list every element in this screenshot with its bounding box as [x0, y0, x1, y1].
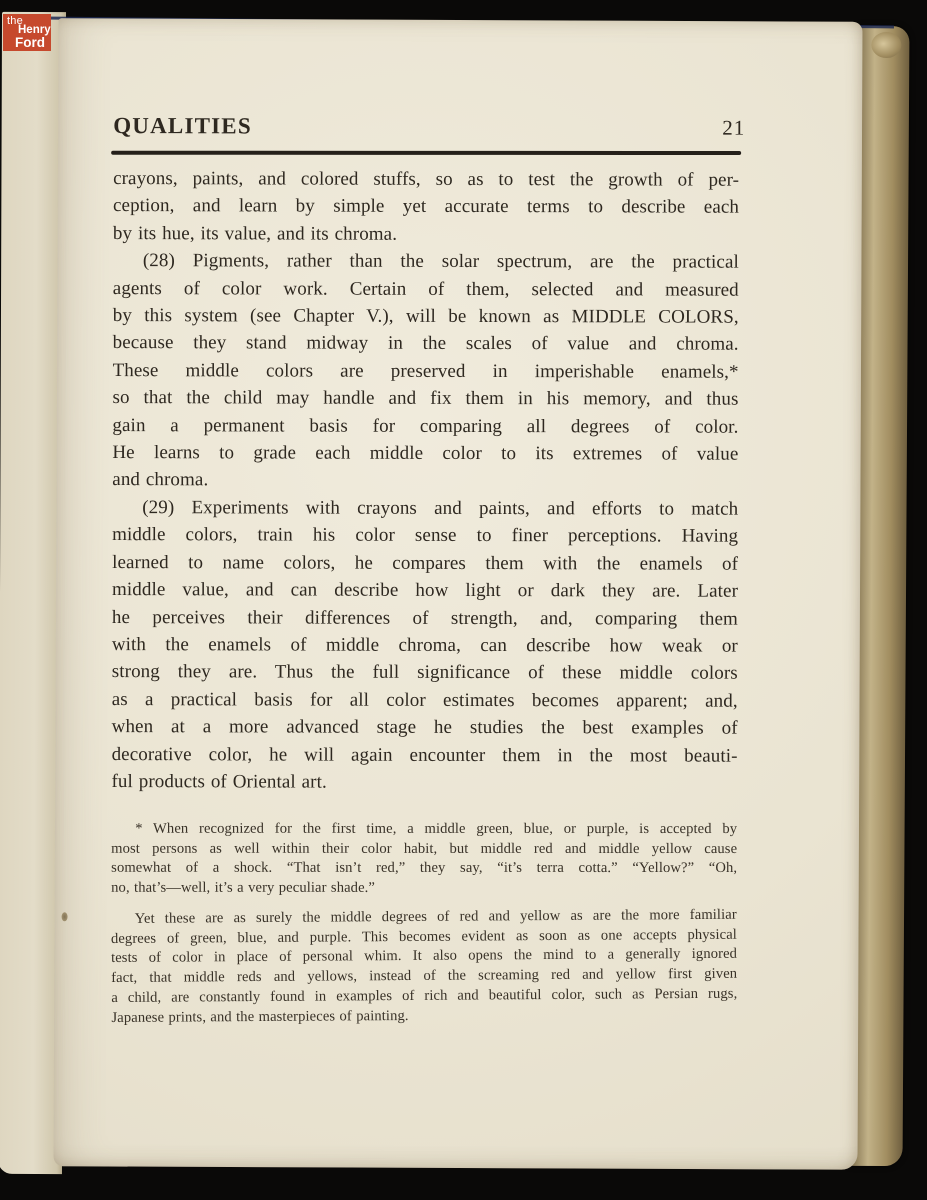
book-page: QUALITIES 21 crayons, paints, and colore… — [53, 18, 862, 1169]
text-line: and chroma. — [112, 467, 738, 496]
text-line: He learns to grade each middle color to … — [112, 439, 738, 468]
text-line: * When recognized for the first time, a … — [111, 820, 737, 840]
logo-text-ford: Ford — [15, 35, 45, 50]
text-line: strong they are. Thus the full significa… — [112, 658, 738, 687]
running-header-title: QUALITIES — [113, 113, 252, 139]
text-line: when at a more advanced stage he studies… — [112, 713, 738, 742]
text-line: middle colors, train his color sense to … — [112, 521, 738, 550]
henry-ford-logo: the Henry Ford — [3, 14, 51, 51]
text-line: ful products of Oriental art. — [111, 768, 737, 797]
running-header: QUALITIES 21 — [113, 113, 739, 141]
text-line: he perceives their differences of streng… — [112, 604, 738, 633]
text-line: crayons, paints, and colored stuffs, so … — [113, 165, 739, 194]
paragraph: Yet these are as surely the middle degre… — [111, 906, 738, 1028]
paragraph: * When recognized for the first time, a … — [111, 820, 737, 899]
text-line: (28) Pigments, rather than the solar spe… — [113, 247, 739, 276]
scan-blemish — [62, 912, 68, 921]
paragraph: (28) Pigments, rather than the solar spe… — [112, 247, 739, 495]
text-line: by this system (see Chapter V.), will be… — [113, 302, 739, 331]
text-line: because they stand midway in the scales … — [113, 329, 739, 358]
text-line: ception, and learn by simple yet accurat… — [113, 192, 739, 221]
text-line: gain a permanent basis for comparing all… — [112, 412, 738, 441]
text-line: a child, are constantly found in example… — [111, 984, 737, 1008]
text-line: These middle colors are preserved in imp… — [113, 357, 739, 386]
text-line: agents of color work. Certain of them, s… — [113, 275, 739, 304]
text-line: Japanese prints, and the masterpieces of… — [111, 1004, 737, 1028]
header-rule — [111, 151, 741, 155]
body-text: crayons, paints, and colored stuffs, so … — [111, 165, 739, 797]
footnotes: * When recognized for the first time, a … — [111, 820, 737, 1026]
text-line: so that the child may handle and fix the… — [112, 384, 738, 413]
fore-edge-corner-bump — [871, 32, 901, 58]
text-line: as a practical basis for all color estim… — [112, 686, 738, 715]
text-line: (29) Experiments with crayons and paints… — [112, 494, 738, 523]
text-line: with the enamels of middle chroma, can d… — [112, 631, 738, 660]
text-line: no, that’s—well, it’s a very peculiar sh… — [111, 879, 737, 899]
text-line: most persons as well within their color … — [111, 839, 737, 859]
text-line: learned to name colors, he compares them… — [112, 549, 738, 578]
page-number: 21 — [722, 116, 745, 141]
paragraph: (29) Experiments with crayons and paints… — [111, 494, 738, 797]
text-line: decorative color, he will again encounte… — [112, 741, 738, 770]
page-content: QUALITIES 21 crayons, paints, and colore… — [114, 19, 740, 21]
scan-background: QUALITIES 21 crayons, paints, and colore… — [0, 0, 927, 1200]
text-line: by its hue, its value, and its chroma. — [113, 220, 739, 249]
text-line: somewhat of a shock. “That isn’t red,” t… — [111, 859, 737, 879]
paragraph: crayons, paints, and colored stuffs, so … — [113, 165, 739, 249]
text-line: middle value, and can describe how light… — [112, 576, 738, 605]
